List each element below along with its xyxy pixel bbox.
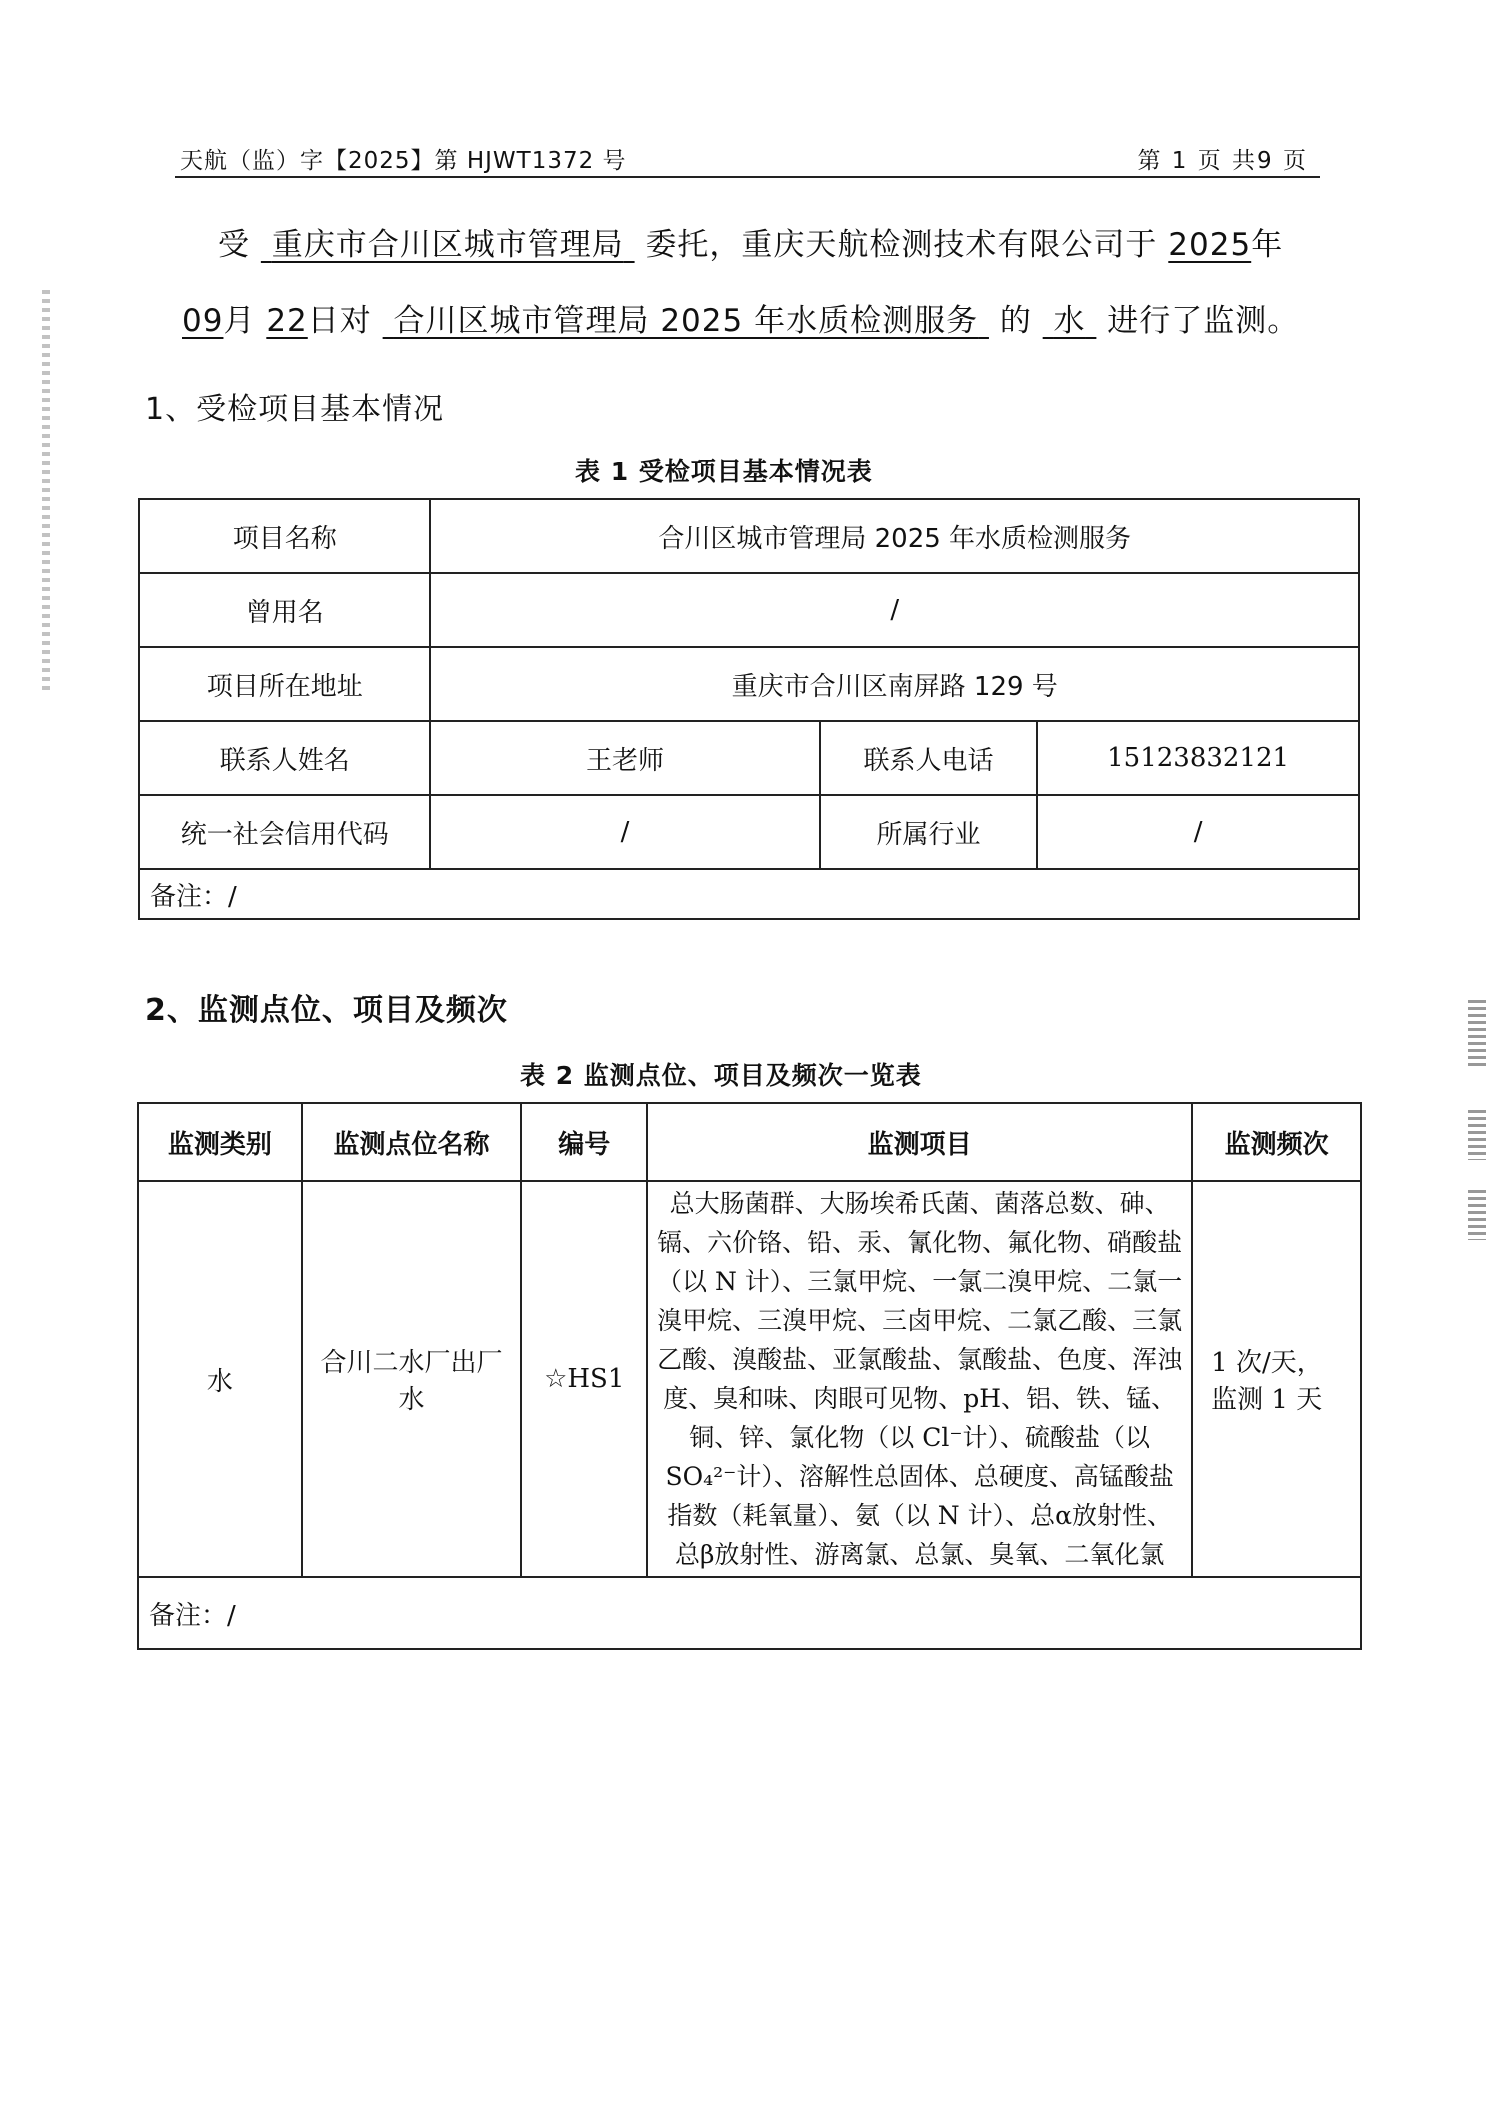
intro-text: 进行了监测。 — [1107, 303, 1299, 339]
table-row: 统一社会信用代码 / 所属行业 / — [139, 795, 1359, 869]
project-name: 合川区城市管理局 2025 年水质检测服务 — [383, 303, 989, 339]
intro-text: 受 — [218, 227, 250, 263]
address-value: 重庆市合川区南屏路 129 号 — [430, 647, 1359, 721]
binding-margin-marks — [42, 290, 50, 690]
project-name-label: 项目名称 — [139, 499, 430, 573]
former-name-value: / — [430, 573, 1359, 647]
category-cell: 水 — [138, 1181, 302, 1577]
contact-phone-value: 15123832121 — [1037, 721, 1359, 795]
intro-line-2: 09月 22日对 合川区城市管理局 2025 年水质检测服务 的 水 进行了监测… — [182, 306, 1299, 337]
subject: 水 — [1043, 303, 1097, 339]
intro-text: 年 — [1251, 227, 1283, 263]
table-1-note: 备注：/ — [139, 869, 1359, 919]
table-2-caption: 表 2 监测点位、项目及频次一览表 — [520, 1056, 922, 1092]
table-row: 项目所在地址 重庆市合川区南屏路 129 号 — [139, 647, 1359, 721]
credit-code-label: 统一社会信用代码 — [139, 795, 430, 869]
header-items: 监测项目 — [647, 1103, 1192, 1181]
frequency-cell: 1 次/天，监测 1 天 — [1192, 1181, 1361, 1577]
month: 09 — [182, 303, 223, 339]
site-name-cell: 合川二水厂出厂水 — [302, 1181, 522, 1577]
project-name-value: 合川区城市管理局 2025 年水质检测服务 — [430, 499, 1359, 573]
table-row: 曾用名 / — [139, 573, 1359, 647]
intro-text: 委托，重庆天航检测技术有限公司于 — [645, 227, 1157, 263]
header-site-name: 监测点位名称 — [302, 1103, 522, 1181]
report-number: 天航（监）字【2025】第 HJWT1372 号 — [180, 142, 627, 175]
industry-label: 所属行业 — [820, 795, 1038, 869]
address-label: 项目所在地址 — [139, 647, 430, 721]
contact-name-label: 联系人姓名 — [139, 721, 430, 795]
page-header: 天航（监）字【2025】第 HJWT1372 号 第 1 页 共9 页 — [175, 138, 1320, 178]
contact-name-value: 王老师 — [430, 721, 819, 795]
basic-info-table: 项目名称 合川区城市管理局 2025 年水质检测服务 曾用名 / 项目所在地址 … — [138, 498, 1360, 920]
table-1-caption: 表 1 受检项目基本情况表 — [575, 452, 873, 488]
table-2-note: 备注：/ — [138, 1577, 1361, 1649]
intro-text: 的 — [1000, 303, 1032, 339]
credit-code-value: / — [430, 795, 819, 869]
year: 2025 — [1168, 227, 1251, 263]
former-name-label: 曾用名 — [139, 573, 430, 647]
contact-phone-label: 联系人电话 — [820, 721, 1038, 795]
intro-text: 月 — [223, 303, 255, 339]
table-row: 联系人姓名 王老师 联系人电话 15123832121 — [139, 721, 1359, 795]
intro-text: 日对 — [308, 303, 372, 339]
code-cell: ☆HS1 — [521, 1181, 647, 1577]
items-cell: 总大肠菌群、大肠埃希氏菌、菌落总数、砷、镉、六价铬、铅、汞、氰化物、氟化物、硝酸… — [647, 1181, 1192, 1577]
header-code: 编号 — [521, 1103, 647, 1181]
table-row: 备注：/ — [138, 1577, 1361, 1649]
day: 22 — [266, 303, 307, 339]
table-row: 备注：/ — [139, 869, 1359, 919]
intro-line-1: 受 重庆市合川区城市管理局 委托，重庆天航检测技术有限公司于 2025年 — [218, 230, 1283, 261]
page-number: 第 1 页 共9 页 — [1137, 142, 1308, 175]
client-name: 重庆市合川区城市管理局 — [261, 227, 635, 263]
table-header-row: 监测类别 监测点位名称 编号 监测项目 监测频次 — [138, 1103, 1361, 1181]
seal-edge-mark — [1468, 1000, 1486, 1070]
table-row: 项目名称 合川区城市管理局 2025 年水质检测服务 — [139, 499, 1359, 573]
section-1-title: 1、受检项目基本情况 — [145, 384, 444, 428]
seal-edge-mark — [1468, 1190, 1486, 1240]
header-frequency: 监测频次 — [1192, 1103, 1361, 1181]
section-2-title: 2、监测点位、项目及频次 — [145, 985, 508, 1029]
seal-edge-mark — [1468, 1110, 1486, 1160]
header-category: 监测类别 — [138, 1103, 302, 1181]
monitoring-table: 监测类别 监测点位名称 编号 监测项目 监测频次 水 合川二水厂出厂水 ☆HS1… — [137, 1102, 1362, 1650]
table-row: 水 合川二水厂出厂水 ☆HS1 总大肠菌群、大肠埃希氏菌、菌落总数、砷、镉、六价… — [138, 1181, 1361, 1577]
industry-value: / — [1037, 795, 1359, 869]
